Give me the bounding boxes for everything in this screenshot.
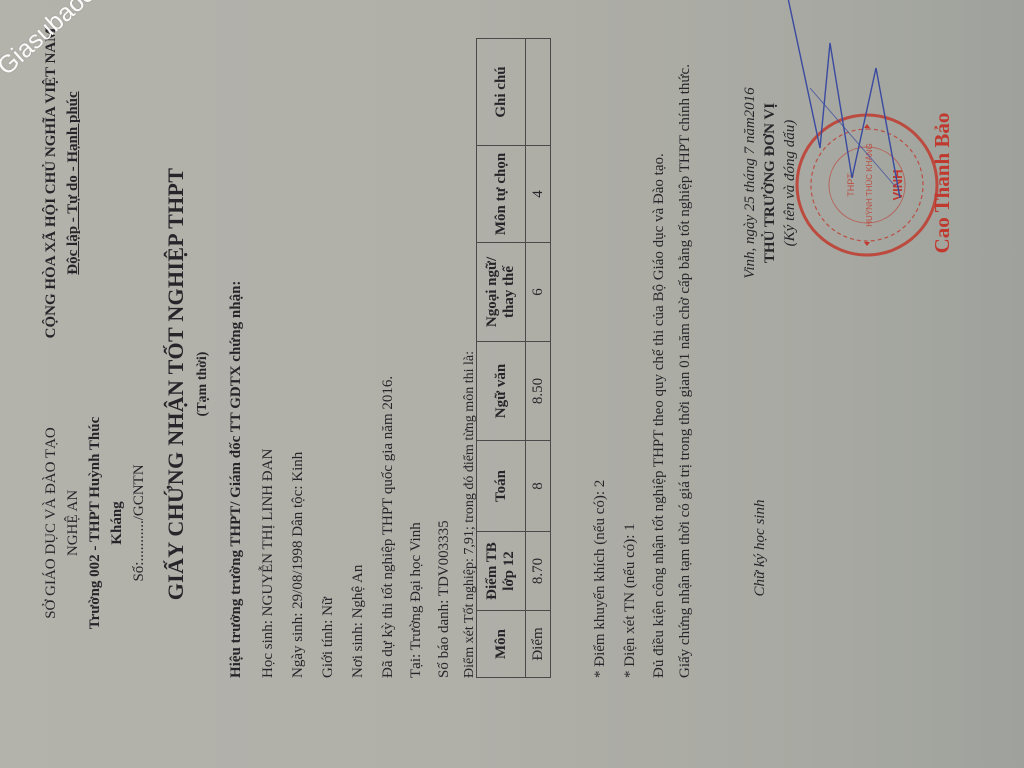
document-title: GIẤY CHỨNG NHẬN TỐT NGHIỆP THPT (163, 0, 189, 768)
cell-literature: 8.50 (526, 342, 551, 441)
scores-table: Môn Điểm TB lớp 12 Toán Ngữ văn Ngoại ng… (476, 38, 551, 678)
cell-math: 8 (526, 441, 551, 532)
cell-elective: 4 (526, 146, 551, 243)
table-row: Điểm 8.70 8 8.50 6 4 (526, 39, 551, 678)
header-subject: Môn (477, 611, 526, 678)
national-motto: Độc lập - Tự do - Hạnh phúc (62, 18, 84, 348)
header-literature: Ngữ văn (477, 342, 526, 441)
document-photo: SỞ GIÁO DỤC VÀ ĐÀO TẠO NGHỆ AN Trường 00… (0, 0, 1024, 768)
scores-header-row: Môn Điểm TB lớp 12 Toán Ngữ văn Ngoại ng… (477, 39, 526, 678)
header-gpa12: Điểm TB lớp 12 (477, 532, 526, 611)
student-signature-label: Chữ ký học sinh (752, 448, 769, 648)
header-foreign-language: Ngoại ngữ/ thay thế (477, 243, 526, 342)
student-birthplace: Nơi sinh: Nghệ An (350, 565, 367, 678)
document-subtitle: (Tạm thời) (195, 0, 211, 768)
signer-title: THỦ TRƯỞNG ĐƠN VỊ (762, 18, 779, 348)
national-header: CỘNG HÒA XÃ HỘI CHỦ NGHĨA VIỆT NAM Độc l… (40, 18, 84, 348)
certificate-page: SỞ GIÁO DỤC VÀ ĐÀO TẠO NGHỆ AN Trường 00… (0, 0, 1024, 768)
eligibility-statement: Đủ điều kiện công nhận tốt nghiệp THPT t… (646, 38, 672, 678)
exam-venue: Tại: Trường Đại học Vinh (408, 522, 425, 678)
certificate-number: Số:.........../GCNTN (128, 358, 150, 688)
header-elective: Môn tự chọn (477, 146, 526, 243)
handwritten-signature-icon (780, 0, 930, 208)
signer-name: Cao Thanh Bảo (930, 18, 955, 348)
cell-notes (526, 39, 551, 146)
student-dob: Ngày sinh: 29/08/1998 Dân tộc: Kinh (290, 452, 307, 678)
signing-date: Vinh, ngày 25 tháng 7 năm2016 (742, 18, 759, 348)
school-name-cont: Kháng (106, 358, 128, 688)
exam-statement: Đã dự kỳ thi tốt nghiệp THPT quốc gia nă… (380, 376, 397, 678)
issuer-header: SỞ GIÁO DỤC VÀ ĐÀO TẠO NGHỆ AN Trường 00… (40, 358, 150, 688)
school-name: Trường 002 - THPT Huỳnh Thúc (84, 358, 106, 688)
priority-category: * Diện xét TN (nếu có): 1 (622, 523, 639, 678)
province-name: NGHỆ AN (62, 358, 84, 688)
header-notes: Ghi chú (477, 39, 526, 146)
cell-foreign-language: 6 (526, 243, 551, 342)
country-name: CỘNG HÒA XÃ HỘI CHỦ NGHĨA VIỆT NAM (40, 18, 62, 348)
cell-gpa12: 8.70 (526, 532, 551, 611)
header-math: Toán (477, 441, 526, 532)
student-gender: Giới tính: Nữ (320, 597, 337, 678)
department-name: SỞ GIÁO DỤC VÀ ĐÀO TẠO (40, 358, 62, 688)
candidate-number: Số báo danh: TDV003335 (436, 520, 453, 678)
intro-statement: Hiệu trưởng trường THPT/ Giám đốc TT GDT… (228, 281, 245, 678)
bonus-points: * Điểm khuyến khích (nếu có): 2 (592, 480, 609, 678)
student-name: Học sinh: NGUYỄN THỊ LINH ĐAN (260, 449, 277, 678)
cell-label: Điểm (526, 611, 551, 678)
validity-statement: Giấy chứng nhận tạm thời có giá trị tron… (672, 38, 698, 678)
